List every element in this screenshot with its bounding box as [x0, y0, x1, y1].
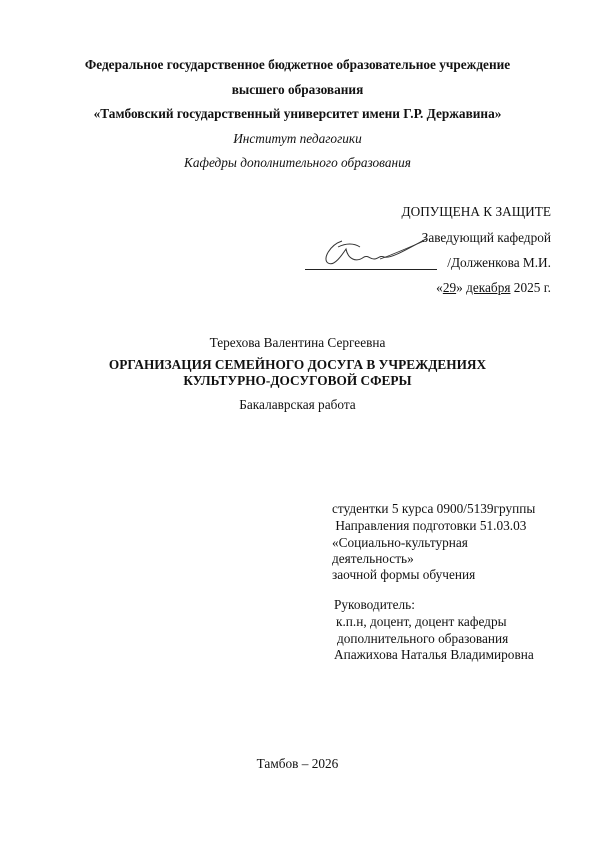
student-course-group: студентки 5 курса 0900/5139группы — [332, 501, 535, 517]
supervisor-label: Руководитель: — [334, 597, 415, 613]
thesis-title-line-2: КУЛЬТУРНО-ДОСУГОВОЙ СФЕРЫ — [0, 373, 595, 389]
university-name: «Тамбовский государственный университет … — [0, 106, 595, 122]
supervisor-title: к.п.н, доцент, доцент кафедры — [336, 614, 507, 630]
department-name: Кафедры дополнительного образования — [0, 155, 595, 171]
institute-name: Институт педагогики — [0, 131, 595, 147]
signature-icon — [320, 233, 430, 271]
thesis-title-line-1: ОРГАНИЗАЦИЯ СЕМЕЙНОГО ДОСУГА В УЧРЕЖДЕНИ… — [0, 357, 595, 373]
student-direction: Направления подготовки 51.03.03 — [332, 518, 526, 534]
date-day: 29 — [443, 280, 456, 295]
study-form: заочной формы обучения — [332, 567, 475, 583]
approver-name: /Долженкова М.И. — [447, 255, 551, 271]
supervisor-department: дополнительного образования — [337, 631, 508, 647]
author-name: Терехова Валентина Сергеевна — [0, 335, 595, 351]
student-program-line-1: «Социально-культурная — [332, 535, 468, 551]
student-program-line-2: деятельность» — [332, 551, 414, 567]
supervisor-name: Апажихова Наталья Владимировна — [334, 647, 534, 663]
signature-line — [305, 269, 437, 270]
approval-title: ДОПУЩЕНА К ЗАЩИТЕ — [402, 204, 551, 220]
city-year: Тамбов – 2026 — [0, 756, 595, 772]
approval-role: Заведующий кафедрой — [422, 230, 551, 246]
header-line-1: Федеральное государственное бюджетное об… — [0, 57, 595, 73]
header-line-2: высшего образования — [0, 82, 595, 98]
date-month: декабря — [466, 280, 510, 295]
thesis-type: Бакалаврская работа — [0, 397, 595, 413]
approval-date: «29» декабря 2025 г. — [436, 280, 551, 296]
